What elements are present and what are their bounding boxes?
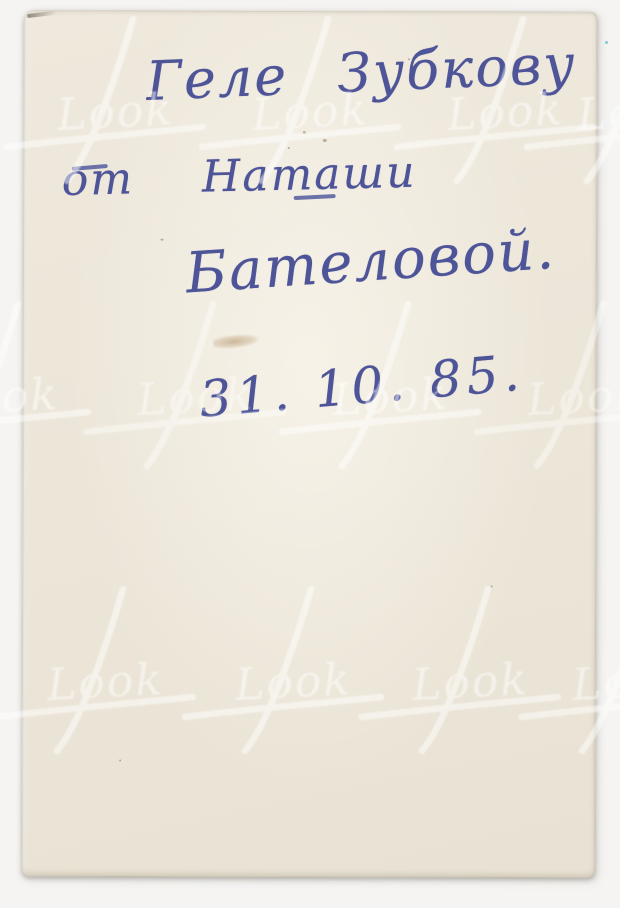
photo-back-card: Геле Зубкову от Наташи Бателовой. 31. 10… [22,10,597,877]
handwritten-dedication-line-3: Бателовой. [184,217,558,307]
worn-corner-mark [27,11,57,19]
handwritten-dedication-line-2: от Наташи [61,147,417,206]
paper-speck [288,147,290,149]
paper-speck [491,585,493,587]
paper-speck [161,239,164,241]
handwritten-date-line: 31. 10. 85. [197,343,526,428]
paper-speck [323,139,327,142]
background-speck [605,41,608,44]
paper-speck [119,760,121,762]
paper-speck [408,58,410,60]
scanned-photo-back: { "photo_back": { "inscription": { "line… [0,0,620,908]
handwritten-dedication-line-1: Геле Зубкову [145,32,578,113]
paper-speck [303,131,306,134]
brown-stain [213,332,260,350]
